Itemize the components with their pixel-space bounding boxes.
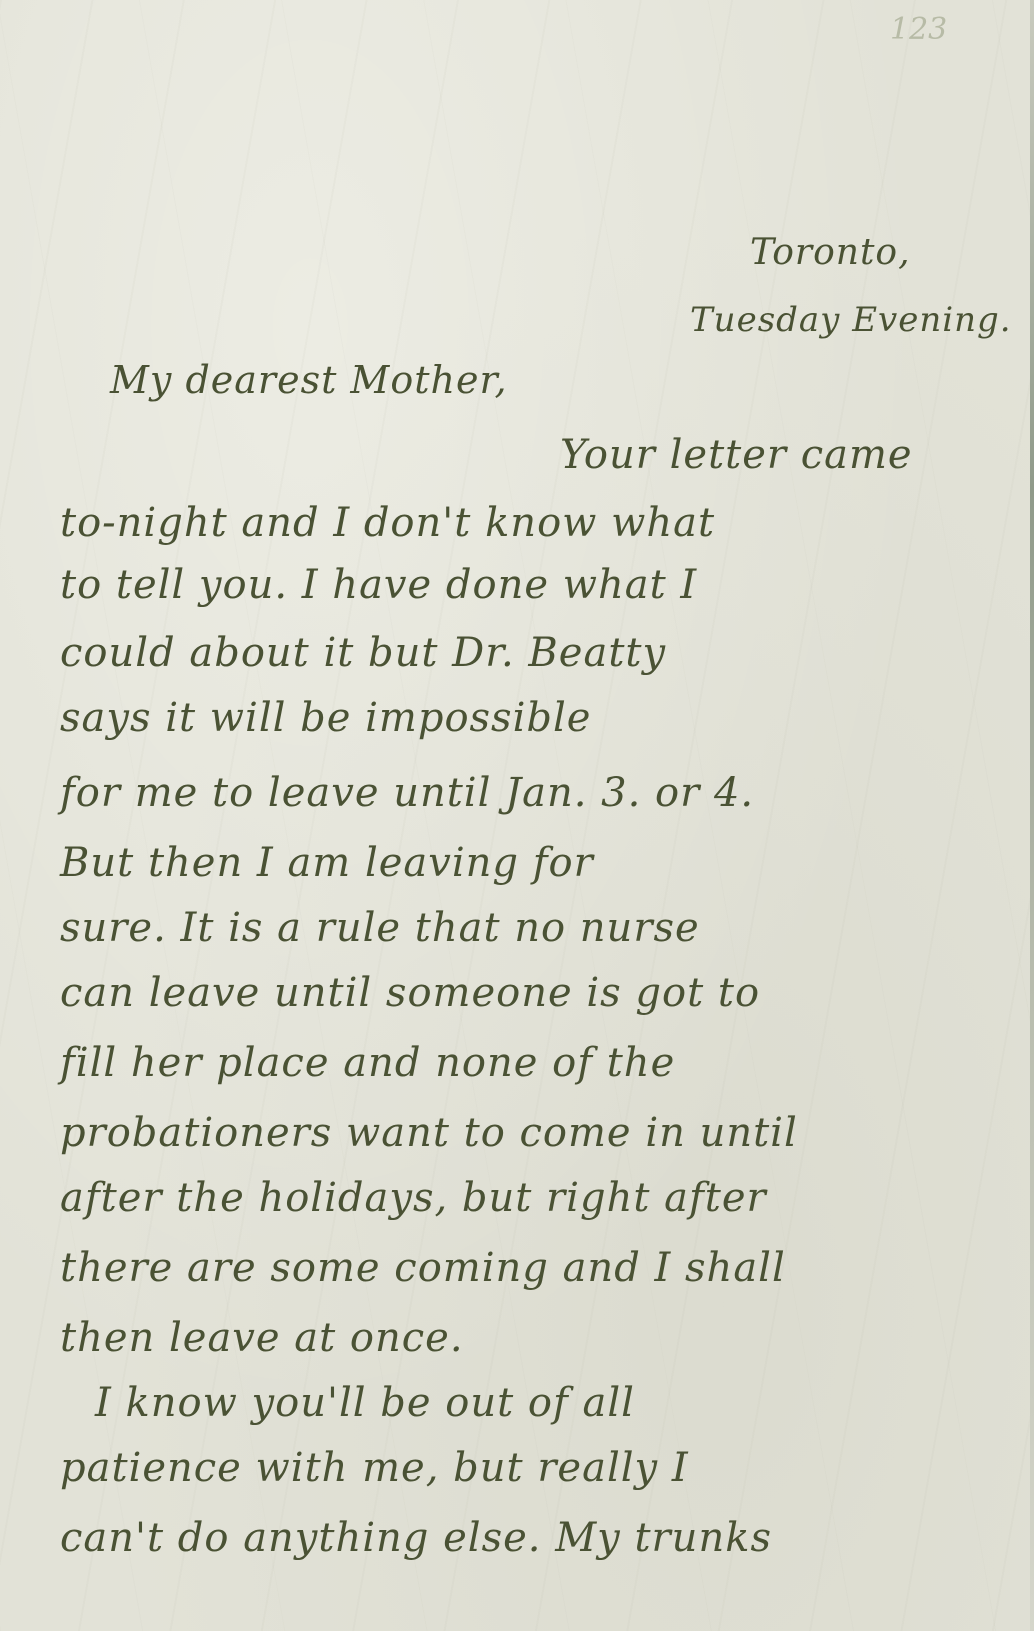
folio-number: 123 <box>890 12 947 47</box>
body-line: can leave until someone is got to <box>60 970 760 1016</box>
body-line: to-night and I don't know what <box>60 500 715 546</box>
letter-page: 123 Toronto, Tuesday Evening. My dearest… <box>0 0 1034 1631</box>
body-line: after the holidays, but right after <box>60 1175 767 1221</box>
body-line: fill her place and none of the <box>60 1040 675 1086</box>
body-line: sure. It is a rule that no nurse <box>60 905 700 951</box>
body-line: there are some coming and I shall <box>60 1245 786 1291</box>
body-line: could about it but Dr. Beatty <box>60 630 666 676</box>
body-line: for me to leave until Jan. 3. or 4. <box>60 770 754 816</box>
body-line: Your letter came <box>560 432 913 478</box>
letter-date: Tuesday Evening. <box>690 300 1012 340</box>
body-line: then leave at once. <box>60 1315 464 1361</box>
body-line: says it will be impossible <box>60 695 591 741</box>
body-line: I know you'll be out of all <box>95 1380 635 1426</box>
body-line: to tell you. I have done what I <box>60 562 697 608</box>
body-line: patience with me, but really I <box>60 1445 689 1491</box>
body-line: But then I am leaving for <box>60 840 594 886</box>
body-line: can't do anything else. My trunks <box>60 1515 772 1561</box>
letter-place: Toronto, <box>750 232 911 273</box>
body-line: probationers want to come in until <box>60 1110 798 1156</box>
letter-salutation: My dearest Mother, <box>110 358 508 402</box>
page-edge <box>1030 0 1034 1631</box>
